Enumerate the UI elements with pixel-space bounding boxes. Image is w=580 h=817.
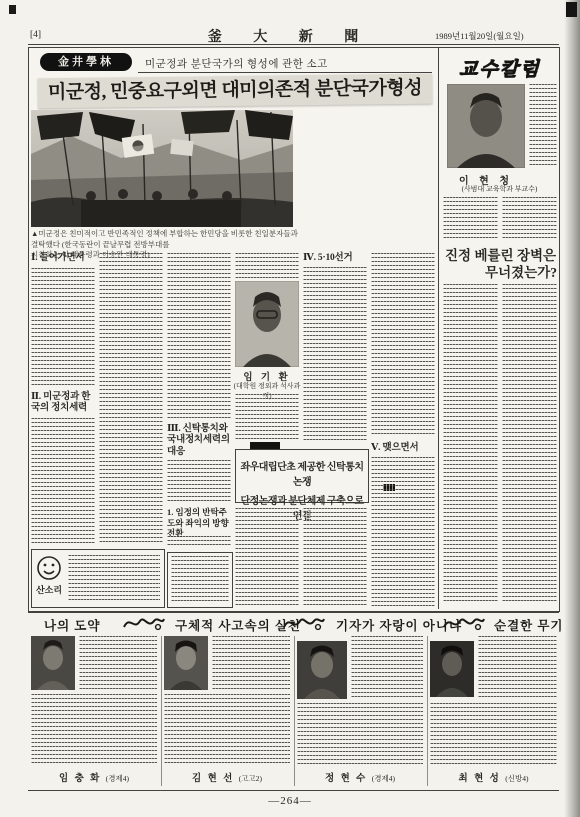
reader-author-dept: (고고2) [239, 774, 262, 783]
reader-photo-3 [297, 641, 347, 699]
professor-column-text [443, 284, 498, 602]
body-text-block [99, 253, 163, 544]
reader-author-name: 김 현 선 [192, 774, 234, 784]
reader-photo-1 [31, 636, 75, 690]
professor-affiliation: (사범대 교육학과 부교수) [441, 184, 558, 194]
reader-text-block [164, 694, 290, 766]
body-text-block [31, 418, 95, 544]
column-divider [438, 48, 439, 609]
reader-author-name: 최 현 성 [459, 774, 501, 784]
body-text-block [371, 253, 435, 437]
scan-mark-top-right [566, 2, 577, 17]
section-1-heading: Ⅰ. 들어가면서 [31, 253, 95, 264]
professor-column-logo: 교수칼럼 [441, 54, 558, 81]
author-portrait-photo [235, 281, 299, 367]
professor-column-text [443, 197, 498, 239]
reader-text-block [351, 636, 423, 699]
sansori-title: 산소리 [35, 583, 63, 596]
reader-author-dept: (신방4) [505, 774, 528, 783]
scan-edge-right [564, 0, 580, 817]
reader-author-3: 정 현 수 (경제4) [297, 770, 423, 784]
sansori-box: 산소리 [31, 549, 165, 608]
section-3-sub-heading: 1. 임정의 반탁주도와 좌익의 방향전환 [167, 507, 231, 539]
reader-text-block [79, 636, 157, 690]
caption-line-1: ▲미군정은 친미적이고 반민족적인 정책에 부합하는 한민당을 비롯한 친일분자… [31, 229, 299, 250]
page-number-box: [4] [30, 30, 41, 40]
kicker: 미군정과 분단국가의 형성에 관한 소고 [145, 56, 328, 71]
pull-quote-line-1: 좌우대립단초 제공한 신탁통치논쟁 [236, 458, 368, 488]
masthead: 釜 大 新 聞 [150, 26, 430, 46]
professor-column-text [502, 284, 557, 602]
reader-text-block [430, 703, 557, 766]
body-text-block [31, 268, 95, 388]
pull-quote-box: 좌우대립단초 제공한 신탁통치논쟁 단정논쟁과 분단체제 구축으로 연결 [235, 449, 369, 503]
script-divider-logo [442, 613, 486, 633]
body-text-block [303, 508, 367, 606]
body-text-block [167, 460, 231, 504]
professor-portrait-photo [447, 84, 525, 168]
body-text-block [235, 394, 299, 442]
section-4-heading: Ⅳ. 5·10선거 [303, 253, 367, 264]
reader-author-4: 최 현 성 (신방4) [430, 770, 557, 784]
issue-date: 1989년11월20일(월요일) [435, 30, 560, 42]
script-divider-logo [282, 613, 326, 633]
inset-box-text [171, 556, 229, 604]
scan-mark-top-left [9, 5, 16, 14]
headline-band: 미군정, 민중요구외면 대미의존적 분단국가형성 [38, 74, 432, 109]
script-divider-logo [122, 613, 166, 633]
reader-photo-4 [430, 641, 474, 697]
newspaper-page: [4] 釜 大 新 聞 1989년11월20일(월요일) 金井學林 미군정과 분… [0, 0, 580, 817]
body-text-block [235, 508, 299, 606]
reader-divider [427, 636, 428, 786]
header-rule [28, 44, 559, 45]
reader-author-dept: (경제4) [106, 774, 129, 783]
section-5-heading: Ⅴ. 맺으면서 [371, 443, 435, 454]
reader-text-block [297, 703, 423, 766]
professor-column-text [502, 197, 557, 239]
main-photo [31, 110, 293, 227]
reader-author-2: 김 현 선 (고고2) [164, 770, 290, 784]
body-text-block [167, 253, 231, 421]
reader-divider [161, 636, 162, 786]
series-badge: 金井學林 [40, 53, 132, 71]
body-text-block [371, 457, 435, 606]
section-2-heading: Ⅱ. 미군정과 한국의 정치세력 [31, 392, 95, 415]
reader-strip-bottom-rule [28, 790, 559, 791]
reader-text-block [31, 694, 157, 766]
section-3-heading: Ⅲ. 신탁통치와 국내정치세력의 대응 [167, 424, 231, 458]
reader-text-block [478, 636, 557, 699]
body-text-block [303, 267, 367, 443]
body-text-block [235, 253, 299, 278]
reader-author-1: 임 충 화 (경제4) [31, 770, 157, 784]
kicker-underline [138, 72, 432, 73]
reader-photo-2 [164, 636, 208, 690]
reader-author-name: 정 현 수 [325, 774, 367, 784]
reader-text-block [212, 636, 290, 690]
professor-column-text [529, 84, 557, 168]
reader-divider [294, 636, 295, 786]
sansori-text [68, 555, 160, 601]
reader-author-name: 임 충 화 [59, 774, 101, 784]
footer-page-number: —264— [240, 795, 340, 807]
body-text-block [167, 536, 231, 548]
professor-column-title-line-2: 무너졌는가? [445, 261, 557, 281]
sansori-face-icon [36, 555, 62, 581]
reader-author-dept: (경제4) [372, 774, 395, 783]
reader-title-4: 순결한 무기 [494, 616, 564, 634]
inset-box [167, 552, 233, 608]
headline: 미군정, 민중요구외면 대미의존적 분단국가형성 [38, 74, 432, 109]
